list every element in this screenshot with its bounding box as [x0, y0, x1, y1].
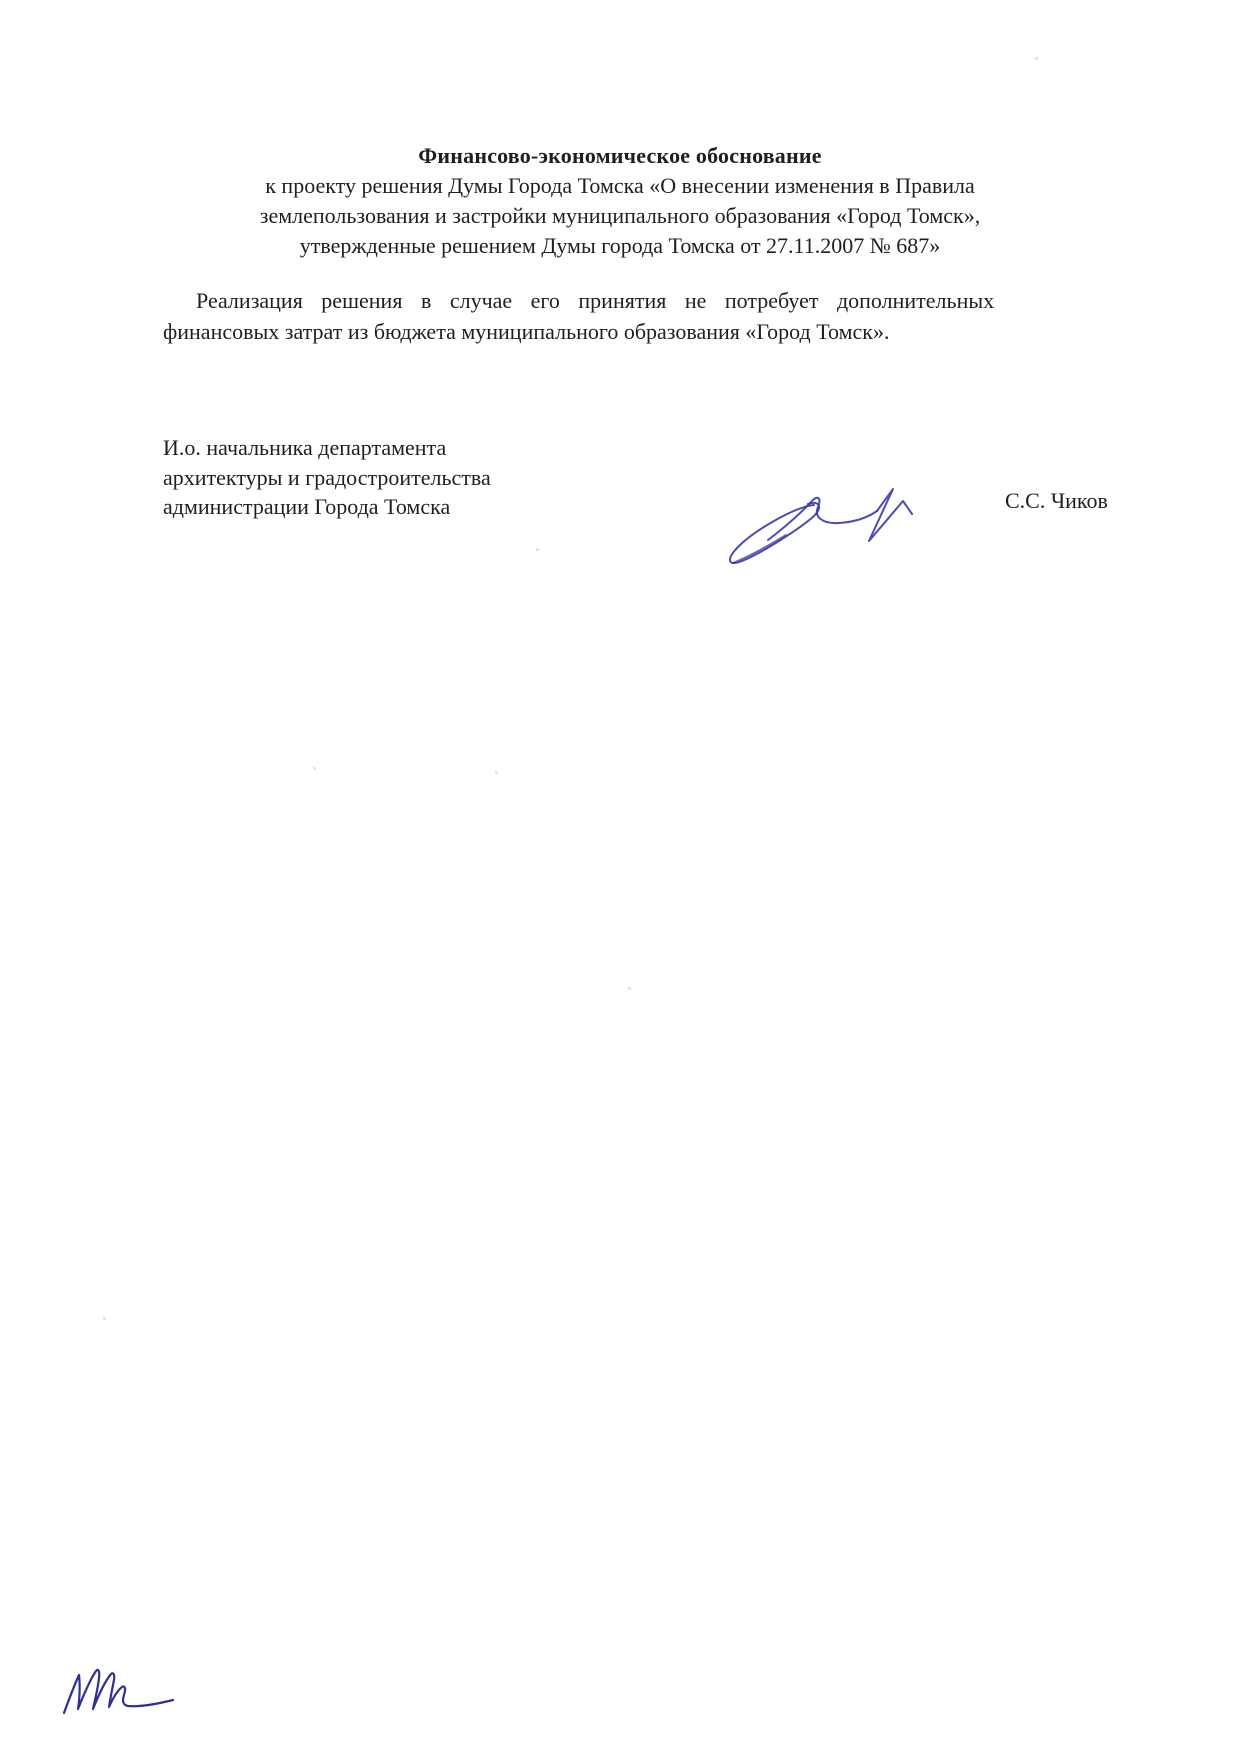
signer-position-line: архитектуры и градостроительства [163, 463, 491, 493]
signer-position-line: администрации Города Томска [163, 492, 491, 522]
signer-name: С.С. Чиков [1005, 488, 1108, 514]
scan-speck [628, 987, 631, 990]
scan-speck [103, 1317, 106, 1320]
body-paragraph-line: финансовых затрат из бюджета муниципальн… [163, 316, 1043, 347]
official-signature-ink-icon [718, 483, 920, 571]
document-subtitle-line: к проекту решения Думы Города Томска «О … [100, 171, 1140, 201]
page-initials-ink-icon [57, 1661, 191, 1725]
body-paragraph-line: Реализация решения в случае его принятия… [163, 285, 1043, 316]
body-paragraph: Реализация решения в случае его принятия… [163, 285, 1043, 347]
scan-speck [536, 548, 539, 551]
scan-speck [1035, 57, 1038, 60]
scan-speck [495, 771, 498, 774]
document-title: Финансово-экономическое обоснование [100, 141, 1140, 171]
title-block: Финансово-экономическое обоснование к пр… [100, 141, 1140, 261]
document-page: Финансово-экономическое обоснование к пр… [0, 0, 1240, 1753]
signer-position-block: И.о. начальника департамента архитектуры… [163, 433, 491, 522]
scan-speck [313, 767, 316, 770]
document-subtitle-line: землепользования и застройки муниципальн… [100, 201, 1140, 231]
document-subtitle-line: утвержденные решением Думы города Томска… [100, 231, 1140, 261]
signer-position-line: И.о. начальника департамента [163, 433, 491, 463]
